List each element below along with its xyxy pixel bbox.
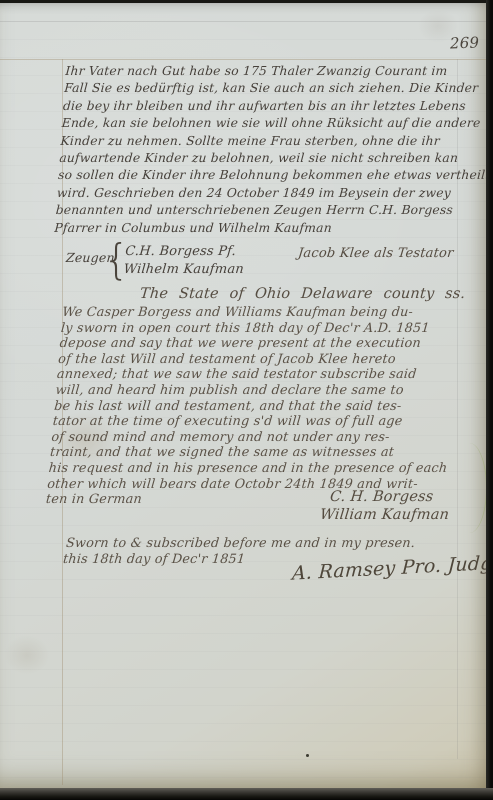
manuscript-line: ly sworn in open court this 18th day of … <box>60 321 460 337</box>
manuscript-line: die bey ihr bleiben und ihr aufwarten bi… <box>62 98 486 115</box>
manuscript-line: tator at the time of executing s'd will … <box>52 414 452 430</box>
manuscript-line: aufwartende Kinder zu belohnen, weil sie… <box>59 150 486 167</box>
page-number: 269 <box>450 33 480 52</box>
manuscript-line: his request and in his presence and in t… <box>48 461 448 477</box>
manuscript-line: annexed; that we saw the said testator s… <box>56 367 456 383</box>
book-edge-bottom <box>0 788 493 800</box>
manuscript-line: of sound mind and memory and not under a… <box>51 430 451 446</box>
jurat-line: Sworn to & subscribed before me and in m… <box>65 536 415 551</box>
paper-stain <box>4 635 50 675</box>
testator-signature: Jacob Klee als Testator <box>297 246 454 261</box>
probate-text: We Casper Borgess and Williams Kaufman b… <box>45 305 461 508</box>
manuscript-line: be his last will and testament, and that… <box>53 399 453 415</box>
manuscript-line: traint, and that we signed the same as w… <box>49 445 449 461</box>
ink-speck <box>306 754 309 757</box>
ledger-page: 269 Ihr Vater nach Gut habe so 175 Thale… <box>0 3 486 788</box>
fold-line <box>0 21 486 22</box>
manuscript-line: Fall Sie es bedürftig ist, kan Sie auch … <box>64 80 486 97</box>
probate-heading: The State of Ohio Delaware county ss. <box>139 286 466 302</box>
witness-signature: Wilhelm Kaufman <box>123 261 245 279</box>
manuscript-line: Kinder zu nehmen. Sollte meine Frau ster… <box>60 133 486 150</box>
manuscript-line: depose and say that we were present at t… <box>59 336 459 352</box>
top-rule <box>0 59 486 60</box>
jurat-line: this 18th day of Dec'r 1851 <box>62 552 245 567</box>
borgess-signature: C. H. Borgess <box>329 489 434 505</box>
manuscript-line: We Casper Borgess and Williams Kaufman b… <box>62 305 462 321</box>
manuscript-line: wird. Geschrieben den 24 October 1849 im… <box>56 185 486 202</box>
kaufman-signature: William Kaufman <box>319 507 450 523</box>
witness-signature: C.H. Borgess Pf. <box>124 243 246 261</box>
manuscript-line: of the last Will and testament of Jacob … <box>58 352 458 368</box>
witness-signatures: C.H. Borgess Pf. Wilhelm Kaufman <box>123 243 246 278</box>
manuscript-line: so sollen die Kinder ihre Belohnung beko… <box>57 167 486 184</box>
ledger-scan: 269 Ihr Vater nach Gut habe so 175 Thale… <box>0 0 493 800</box>
manuscript-line: Ihr Vater nach Gut habe so 175 Thaler Zw… <box>65 63 486 80</box>
manuscript-line: will, and heard him publish and declare … <box>55 383 455 399</box>
manuscript-line: benannten und unterschriebenen Zeugen He… <box>55 202 486 219</box>
scan-edge-top <box>0 0 493 3</box>
manuscript-line: Ende, kan sie belohnen wie sie will ohne… <box>61 115 486 132</box>
book-edge-right <box>486 0 493 800</box>
german-will-text: Ihr Vater nach Gut habe so 175 Thaler Zw… <box>54 63 486 237</box>
